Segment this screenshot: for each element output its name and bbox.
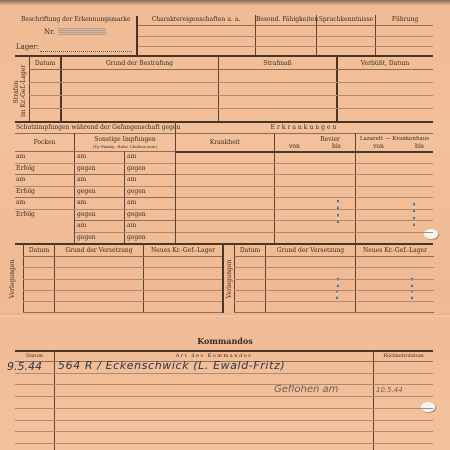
impf-sonstige-cell-2: gegen bbox=[127, 188, 146, 195]
card-fold bbox=[0, 314, 450, 318]
rule bbox=[15, 408, 433, 409]
rule bbox=[75, 220, 175, 221]
impf-sonstige-cell-1: am bbox=[77, 199, 86, 206]
impf-sonstige-cell-1: gegen bbox=[77, 165, 96, 172]
rule bbox=[23, 312, 222, 313]
strafen-sublabel: im Kr.-Gef.-Lager bbox=[20, 65, 27, 117]
rule bbox=[234, 256, 434, 257]
komm-col-datum: Datum bbox=[15, 353, 54, 359]
impf-sonstige-cell-2: gegen bbox=[127, 165, 146, 172]
rule bbox=[15, 420, 433, 421]
kommando-datum: 9.5.44 bbox=[7, 360, 42, 373]
divider bbox=[375, 15, 376, 55]
verlegungen-side-label-left: Verlegungen bbox=[9, 254, 17, 304]
staple-mark bbox=[337, 214, 339, 223]
rule bbox=[15, 431, 433, 432]
impf-sonstige-cell-1: am bbox=[77, 176, 86, 183]
rule bbox=[15, 174, 175, 175]
impf-sonstige-cell-2: am bbox=[127, 153, 136, 160]
verl-col-datum-right: Datum bbox=[235, 247, 265, 254]
impf-pocken-cell: am bbox=[16, 153, 25, 160]
impf-sonstige-cell-1: gegen bbox=[77, 188, 96, 195]
verl-col-lager-right: Neues Kr.-Gef.-Lager bbox=[356, 247, 434, 254]
lager-field[interactable] bbox=[40, 51, 132, 52]
divider bbox=[222, 243, 224, 313]
col-sprachkenntnisse: Sprachkenntnisse bbox=[317, 16, 375, 23]
col-faehigkeiten: Besond. Fähigkeiten bbox=[256, 16, 316, 23]
verl-col-grund-right: Grund der Versetzung bbox=[266, 247, 355, 254]
rule bbox=[15, 384, 433, 385]
kommando-art: 564 R / Eckenschwick (L. Ewald-Fritz) bbox=[58, 359, 285, 372]
rule bbox=[138, 46, 433, 47]
lager-label: Lager: bbox=[16, 44, 39, 51]
divider bbox=[316, 15, 317, 55]
lazarett-von: von bbox=[373, 143, 384, 150]
staple-mark bbox=[411, 290, 413, 299]
col-grund-bestrafung: Grund der Bestrafung bbox=[61, 60, 218, 67]
rule bbox=[176, 209, 433, 210]
impf-sonstige-cell-1: gegen bbox=[77, 234, 96, 241]
col-verbuesst-datum: Verbüßt, Datum bbox=[337, 60, 433, 67]
rule bbox=[29, 82, 433, 83]
rule bbox=[29, 95, 433, 96]
divider bbox=[274, 133, 275, 243]
rule bbox=[176, 186, 433, 187]
rule bbox=[29, 108, 433, 109]
staple-mark bbox=[413, 203, 415, 212]
schutzimpfungen-title: Schutzimpfungen während der Gefangenscha… bbox=[16, 124, 180, 131]
impf-pocken-cell: Erfolg bbox=[16, 211, 35, 218]
rule bbox=[15, 197, 175, 198]
verl-col-datum-left: Datum bbox=[24, 247, 54, 254]
staple-mark bbox=[336, 290, 338, 299]
rule bbox=[176, 133, 433, 134]
divider bbox=[373, 350, 374, 450]
rule bbox=[23, 267, 222, 268]
impf-sonstige-cell-2: am bbox=[127, 199, 136, 206]
rule bbox=[176, 163, 433, 164]
rule bbox=[15, 133, 175, 134]
impf-sonstige-cell-2: gegen bbox=[127, 211, 146, 218]
rule bbox=[15, 350, 433, 352]
col-pocken: Pocken bbox=[15, 139, 74, 146]
impf-sonstige-cell-1: am bbox=[77, 222, 86, 229]
rule bbox=[15, 443, 433, 444]
impf-pocken-cell: Erfolg bbox=[16, 188, 35, 195]
staple-mark bbox=[413, 217, 415, 226]
verlegungen-side-label-right: Verlegungen bbox=[226, 254, 234, 304]
rule bbox=[15, 163, 175, 164]
col-strafmass: Strafmaß bbox=[219, 60, 336, 67]
col-fuehrung: Führung bbox=[377, 16, 433, 23]
rule bbox=[15, 55, 433, 57]
rule bbox=[15, 396, 433, 397]
erkrankungen-title: Erkrankungen bbox=[176, 124, 433, 131]
rule bbox=[176, 220, 433, 221]
rule bbox=[15, 186, 175, 187]
verl-col-lager-left: Neues Kr.-Gef.-Lager bbox=[144, 247, 222, 254]
rule bbox=[138, 25, 433, 26]
divider bbox=[355, 133, 356, 243]
col-charaktereigenschaften: Charaktereigenschaften u. a. bbox=[138, 16, 254, 23]
rule bbox=[234, 279, 434, 280]
rule bbox=[23, 301, 222, 302]
col-krankheit: Krankheit bbox=[176, 139, 274, 146]
strafen-side-label: Strafen im Kr.-Gef.-Lager bbox=[13, 67, 27, 117]
rule bbox=[15, 243, 433, 245]
divider bbox=[255, 15, 256, 55]
impf-sonstige-cell-1: am bbox=[77, 153, 86, 160]
col-sonstige-impfungen: Sonstige Impfungen bbox=[75, 136, 175, 143]
erkennungsmarke-label: Beschriftung der Erkennungsmarke bbox=[21, 16, 130, 23]
nr-field[interactable] bbox=[58, 28, 106, 35]
impf-sonstige-cell-2: gegen bbox=[127, 234, 146, 241]
rule bbox=[15, 373, 433, 374]
rule bbox=[15, 151, 175, 152]
geflohen-note: Geflohen am bbox=[274, 384, 338, 395]
impf-sonstige-cell-2: am bbox=[127, 222, 136, 229]
komm-col-rueckkehr: Rückkehrdatum bbox=[374, 353, 433, 359]
impf-pocken-cell: Erfolg bbox=[16, 165, 35, 172]
col-datum: Datum bbox=[30, 60, 60, 67]
punch-hole bbox=[424, 229, 438, 239]
rule bbox=[23, 279, 222, 280]
kommandos-title: Kommandos bbox=[0, 338, 450, 345]
verl-col-grund-left: Grund der Versetzung bbox=[55, 247, 143, 254]
rule bbox=[234, 312, 434, 313]
rule bbox=[176, 232, 433, 233]
sonstige-subtitle: (Ty.-Paraty., Ruhr, Cholera usw.) bbox=[75, 144, 175, 150]
impf-pocken-cell: am bbox=[16, 176, 25, 183]
rule bbox=[23, 256, 222, 257]
rule bbox=[75, 232, 175, 233]
scan-shadow bbox=[0, 0, 450, 5]
rueckkehr-datum: 10.5.44 bbox=[376, 386, 403, 394]
rule bbox=[176, 197, 433, 198]
rule bbox=[29, 69, 433, 70]
col-lazarett: Lazarett — Krankenhaus bbox=[356, 136, 433, 143]
rule bbox=[23, 290, 222, 291]
rule bbox=[234, 301, 434, 302]
rule bbox=[138, 36, 433, 37]
revier-bis: bis bbox=[332, 143, 341, 150]
rule bbox=[234, 290, 434, 291]
strafen-label: Strafen bbox=[13, 81, 20, 104]
rule bbox=[234, 267, 434, 268]
lazarett-bis: bis bbox=[415, 143, 424, 150]
divider bbox=[54, 350, 55, 450]
rule bbox=[176, 174, 433, 175]
rule bbox=[176, 151, 433, 153]
pow-card bbox=[0, 0, 450, 450]
nr-label: Nr. bbox=[44, 29, 55, 36]
impf-sonstige-cell-1: gegen bbox=[77, 211, 96, 218]
revier-von: von bbox=[289, 143, 300, 150]
impf-pocken-cell: am bbox=[16, 199, 25, 206]
rule bbox=[15, 209, 175, 210]
rule bbox=[15, 121, 433, 123]
impf-sonstige-cell-2: am bbox=[127, 176, 136, 183]
